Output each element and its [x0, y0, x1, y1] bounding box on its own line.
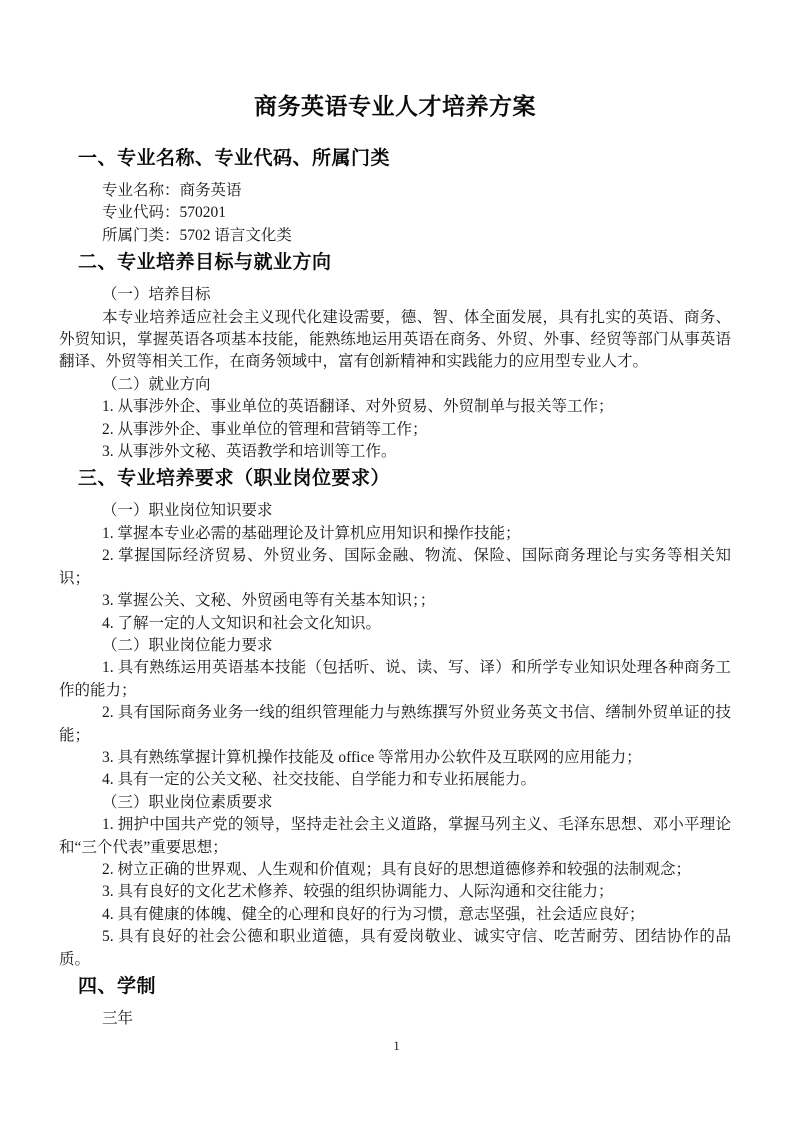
section-heading: 一、专业名称、专业代码、所属门类	[59, 147, 731, 171]
page-number: 1	[0, 1038, 793, 1054]
section: 三、专业培养要求（职业岗位要求）（一）职业岗位知识要求1. 掌握本专业必需的基础…	[59, 467, 731, 971]
section-heading: 三、专业培养要求（职业岗位要求）	[59, 467, 731, 491]
paragraph: 4. 具有一定的公关文秘、社交技能、自学能力和专业拓展能力。	[59, 769, 731, 791]
page-title: 商务英语专业人才培养方案	[59, 93, 731, 119]
paragraph: 3. 具有熟练掌握计算机操作技能及 office 等常用办公软件及互联网的应用能…	[59, 747, 731, 769]
paragraph: 1. 从事涉外企、事业单位的英语翻译、对外贸易、外贸制单与报关等工作；	[59, 396, 731, 418]
section-heading: 四、学制	[59, 975, 731, 999]
paragraph: 2. 具有国际商务业务一线的组织管理能力与熟练撰写外贸业务英文书信、缮制外贸单证…	[59, 702, 731, 747]
paragraph: 3. 具有良好的文化艺术修养、较强的组织协调能力、人际沟通和交往能力；	[59, 881, 731, 903]
section: 二、专业培养目标与就业方向（一）培养目标本专业培养适应社会主义现代化建设需要，德…	[59, 251, 731, 463]
document-page: 商务英语专业人才培养方案 一、专业名称、专业代码、所属门类专业名称：商务英语专业…	[0, 0, 793, 1122]
paragraph: 1. 具有熟练运用英语基本技能（包括听、说、读、写、译）和所学专业知识处理各种商…	[59, 657, 731, 702]
paragraph: 3. 掌握公关、文秘、外贸函电等有关基本知识；；	[59, 590, 731, 612]
paragraph: 专业代码：570201	[59, 202, 731, 224]
paragraph: 1. 拥护中国共产党的领导，坚持走社会主义道路，掌握马列主义、毛泽东思想、邓小平…	[59, 814, 731, 859]
paragraph: 2. 从事涉外企、事业单位的管理和营销等工作；	[59, 419, 731, 441]
paragraph: 2. 掌握国际经济贸易、外贸业务、国际金融、物流、保险、国际商务理论与实务等相关…	[59, 545, 731, 590]
paragraph: 5. 具有良好的社会公德和职业道德，具有爱岗敬业、诚实守信、吃苦耐劳、团结协作的…	[59, 926, 731, 971]
paragraph: 4. 具有健康的体魄、健全的心理和良好的行为习惯，意志坚强，社会适应良好；	[59, 904, 731, 926]
paragraph: 三年	[59, 1008, 731, 1030]
paragraph: 1. 掌握本专业必需的基础理论及计算机应用知识和操作技能；	[59, 523, 731, 545]
paragraph: （一）培养目标	[59, 284, 731, 306]
paragraph: 本专业培养适应社会主义现代化建设需要，德、智、体全面发展，具有扎实的英语、商务、…	[59, 307, 731, 374]
paragraph: （一）职业岗位知识要求	[59, 500, 731, 522]
section: 一、专业名称、专业代码、所属门类专业名称：商务英语专业代码：570201所属门类…	[59, 147, 731, 247]
paragraph: 专业名称：商务英语	[59, 180, 731, 202]
section-heading: 二、专业培养目标与就业方向	[59, 251, 731, 275]
paragraph: （三）职业岗位素质要求	[59, 792, 731, 814]
paragraph: （二）就业方向	[59, 374, 731, 396]
paragraph: 4. 了解一定的人文知识和社会文化知识。	[59, 613, 731, 635]
paragraph: 3. 从事涉外文秘、英语教学和培训等工作。	[59, 441, 731, 463]
paragraph: 所属门类：5702 语言文化类	[59, 225, 731, 247]
document-content: 商务英语专业人才培养方案 一、专业名称、专业代码、所属门类专业名称：商务英语专业…	[0, 0, 793, 1030]
document-body: 一、专业名称、专业代码、所属门类专业名称：商务英语专业代码：570201所属门类…	[59, 147, 731, 1030]
paragraph: 2. 树立正确的世界观、人生观和价值观；具有良好的思想道德修养和较强的法制观念；	[59, 859, 731, 881]
section: 四、学制三年	[59, 975, 731, 1030]
paragraph: （二）职业岗位能力要求	[59, 635, 731, 657]
